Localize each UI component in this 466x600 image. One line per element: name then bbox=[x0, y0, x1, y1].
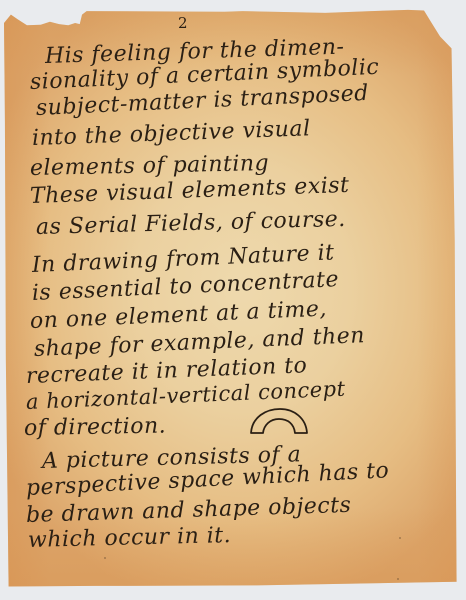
paper-speck bbox=[399, 537, 401, 539]
paper-speck bbox=[397, 578, 399, 580]
text-line-14: of direction. bbox=[24, 416, 167, 440]
paper-speck bbox=[104, 557, 106, 559]
page-number: 2 bbox=[178, 16, 188, 31]
arch-sketch-icon bbox=[248, 407, 310, 435]
text-line-18: which occur in it. bbox=[28, 525, 232, 552]
